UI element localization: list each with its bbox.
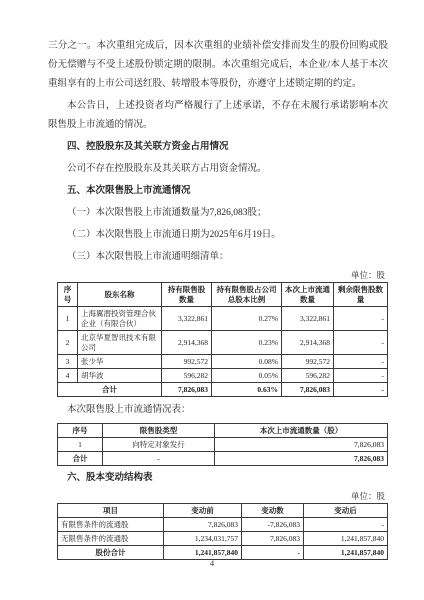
table-row: 1 上海翼潜投资管理合伙企业（有限合伙） 3,322,861 0.27% 3,3… — [58, 307, 388, 331]
table-cell: 3 — [58, 355, 78, 369]
list-item-detail-list: （三）本次限售股上市流通明细清单： — [48, 248, 388, 267]
table-cell: 上海翼潜投资管理合伙企业（有限合伙） — [78, 307, 162, 331]
restricted-shares-detail-table: 序号 股东名称 持有限售股数量 持有限售股占公司总股本比例 本次上市流通数量 剩… — [57, 282, 388, 397]
table-cell: 7,826,083 — [164, 518, 242, 532]
table-cell: 7,826,083 — [162, 383, 212, 397]
table-cell: 7,826,083 — [215, 438, 388, 452]
table-header-cell: 变动后 — [304, 504, 388, 518]
table-header-cell: 剩余限售股数量 — [334, 283, 388, 307]
table-row: 4 胡华波 596,282 0.05% 596,282 - — [58, 369, 388, 383]
table-cell: 1,234,031,757 — [164, 532, 242, 546]
table-cell: 0.05% — [212, 369, 282, 383]
circulation-summary-caption: 本次限售股上市流通情况表： — [48, 401, 388, 420]
table-cell: - — [334, 369, 388, 383]
table-cell: 1,241,857,840 — [304, 532, 388, 546]
paragraph-lockup-terms: 三分之一。本次重组完成后，因本次重组的业绩补偿安排而发生的股份回购或股份无偿赠与… — [48, 37, 388, 94]
table-header-row: 序号 股东名称 持有限售股数量 持有限售股占公司总股本比例 本次上市流通数量 剩… — [58, 283, 388, 307]
table-cell: 合计 — [58, 452, 103, 466]
table-cell: - — [334, 307, 388, 331]
table-header-cell: 序号 — [58, 424, 103, 438]
table-cell: 992,572 — [162, 355, 212, 369]
table-cell: - — [334, 383, 388, 397]
list-item-date: （二）本次限售股上市流通日期为2025年6月19日。 — [48, 226, 388, 245]
table-cell: -7,826,083 — [242, 518, 304, 532]
table-cell: 张少华 — [78, 355, 162, 369]
table-cell: 4 — [58, 369, 78, 383]
section-heading-share-structure: 六、股本变动结构表 — [48, 469, 388, 488]
paragraph-commitment-fulfillment: 本公告日，上述投资者均严格履行了上述承诺，不存在未履行承诺影响本次限售股上市流通… — [48, 97, 388, 135]
table-cell: 7,826,083 — [282, 383, 334, 397]
table-cell: 有限售条件的流通股 — [58, 518, 164, 532]
document-page: 三分之一。本次重组完成后，因本次重组的业绩补偿安排而发生的股份回购或股份无偿赠与… — [0, 0, 424, 600]
table-cell: 胡华波 — [78, 369, 162, 383]
table-cell: 992,572 — [282, 355, 334, 369]
unit-label: 单位：股 — [48, 491, 385, 502]
table-header-cell: 持有限售股数量 — [162, 283, 212, 307]
table-total-row: 合计 7,826,083 0.63% 7,826,083 - — [58, 383, 388, 397]
table-cell: 7,826,083 — [242, 532, 304, 546]
share-structure-change-table: 项目 变动前 变动数 变动后 有限售条件的流通股 7,826,083 -7,82… — [57, 503, 388, 560]
table-cell: 合计 — [58, 383, 162, 397]
table-cell: 0.08% — [212, 355, 282, 369]
table-header-cell: 本次上市流通数量 — [282, 283, 334, 307]
table-total-row: 合计 - 7,826,083 — [58, 452, 388, 466]
table-cell: 2 — [58, 331, 78, 355]
table-cell: - — [103, 452, 215, 466]
circulation-summary-table: 序号 限售股类型 本次上市流通数量（股） 1 向特定对象发行 7,826,083… — [57, 423, 388, 466]
table-header-cell: 本次上市流通数量（股） — [215, 424, 388, 438]
table-cell: 596,282 — [282, 369, 334, 383]
table-cell: 北京华夏智讯技术有限公司 — [78, 331, 162, 355]
table-cell: 2,914,368 — [282, 331, 334, 355]
table-cell: 3,322,861 — [162, 307, 212, 331]
section-heading-listing-circulation: 五、本次限售股上市流通情况 — [48, 182, 388, 201]
table-cell: 3,322,861 — [282, 307, 334, 331]
table-cell: 0.63% — [212, 383, 282, 397]
table-header-row: 序号 限售股类型 本次上市流通数量（股） — [58, 424, 388, 438]
table-header-cell: 变动数 — [242, 504, 304, 518]
unit-label: 单位：股 — [48, 270, 385, 281]
table-cell: - — [334, 355, 388, 369]
table-header-cell: 股东名称 — [78, 283, 162, 307]
table-header-cell: 序号 — [58, 283, 78, 307]
table-cell: 0.27% — [212, 307, 282, 331]
table-cell: 2,914,368 — [162, 331, 212, 355]
table-cell: 1 — [58, 438, 103, 452]
list-item-quantity: （一）本次限售股上市流通数量为7,826,083股； — [48, 204, 388, 223]
table-header-cell: 项目 — [58, 504, 164, 518]
table-cell: 0.23% — [212, 331, 282, 355]
paragraph-no-fund-occupation: 公司不存在控股股东及其关联方占用资金情况。 — [48, 160, 388, 179]
table-header-cell: 变动前 — [164, 504, 242, 518]
table-row: 2 北京华夏智讯技术有限公司 2,914,368 0.23% 2,914,368… — [58, 331, 388, 355]
table-cell: 7,826,083 — [215, 452, 388, 466]
table-row: 无限售条件的流通股 1,234,031,757 7,826,083 1,241,… — [58, 532, 388, 546]
table-cell: 596,282 — [162, 369, 212, 383]
table-row: 1 向特定对象发行 7,826,083 — [58, 438, 388, 452]
table-row: 有限售条件的流通股 7,826,083 -7,826,083 - — [58, 518, 388, 532]
table-cell: 无限售条件的流通股 — [58, 532, 164, 546]
table-row: 3 张少华 992,572 0.08% 992,572 - — [58, 355, 388, 369]
table-cell: 向特定对象发行 — [103, 438, 215, 452]
table-header-cell: 持有限售股占公司总股本比例 — [212, 283, 282, 307]
page-number: 4 — [0, 558, 424, 568]
table-header-row: 项目 变动前 变动数 变动后 — [58, 504, 388, 518]
table-cell: 1 — [58, 307, 78, 331]
table-cell: - — [334, 331, 388, 355]
table-header-cell: 限售股类型 — [103, 424, 215, 438]
table-cell: - — [304, 518, 388, 532]
section-heading-fund-occupation: 四、控股股东及其关联方资金占用情况 — [48, 138, 388, 157]
